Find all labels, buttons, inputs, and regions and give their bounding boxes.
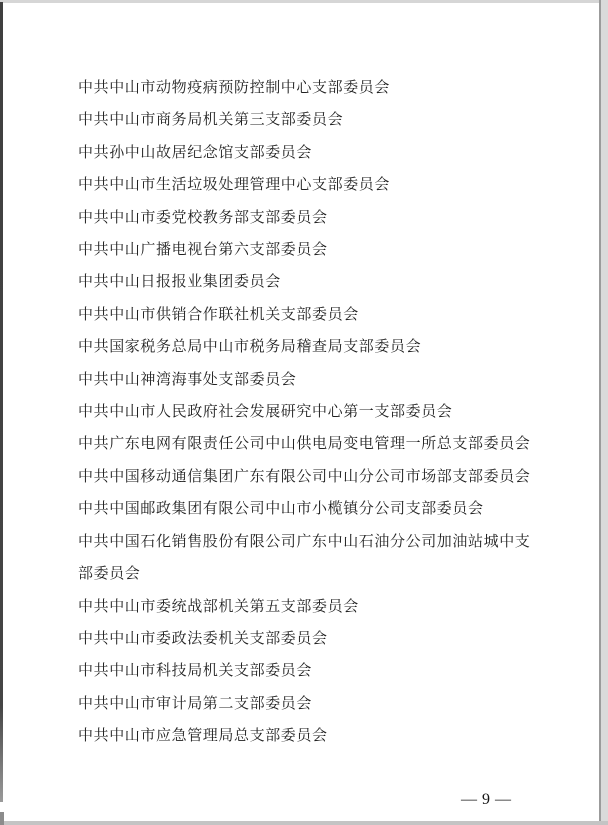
list-item: 中共中山市委统战部机关第五支部委员会	[78, 591, 532, 623]
list-item: 中共中国邮政集团有限公司中山市小榄镇分公司支部委员会	[78, 493, 532, 525]
page-number: — 9 —	[461, 790, 512, 810]
list-item: 中共中山广播电视台第六支部委员会	[78, 234, 532, 266]
page-edge-line	[599, 0, 601, 825]
list-item: 中共中山市科技局机关支部委员会	[78, 655, 532, 687]
document-page: 中共中山市动物疫病预防控制中心支部委员会 中共中山市商务局机关第三支部委员会 中…	[0, 0, 608, 825]
list-item: 中共中国移动通信集团广东有限公司中山分公司市场部支部委员会	[78, 461, 532, 493]
scan-edge-corner	[0, 812, 4, 825]
list-item: 中共中山市审计局第二支部委员会	[78, 688, 532, 720]
list-item: 中共国家税务总局中山市税务局稽查局支部委员会	[78, 331, 532, 363]
list-item: 中共中山市生活垃圾处理管理中心支部委员会	[78, 169, 532, 201]
list-item: 中共中山市委党校教务部支部委员会	[78, 202, 532, 234]
scan-edge-left	[0, 2, 3, 802]
list-item: 中共中山市委政法委机关支部委员会	[78, 623, 532, 655]
list-item: 中共孙中山故居纪念馆支部委员会	[78, 137, 532, 169]
committee-list: 中共中山市动物疫病预防控制中心支部委员会 中共中山市商务局机关第三支部委员会 中…	[78, 72, 532, 753]
list-item: 中共中山市供销合作联社机关支部委员会	[78, 299, 532, 331]
scan-edge-bottom	[0, 821, 608, 825]
scan-edge-right	[601, 0, 608, 825]
list-item: 中共中山市动物疫病预防控制中心支部委员会	[78, 72, 532, 104]
list-item: 中共广东电网有限责任公司中山供电局变电管理一所总支部委员会	[78, 428, 532, 460]
list-item: 中共中山神湾海事处支部委员会	[78, 364, 532, 396]
list-item: 中共中山市应急管理局总支部委员会	[78, 720, 532, 752]
list-item: 中共中国石化销售股份有限公司广东中山石油分公司加油站城中支部委员会	[78, 526, 532, 591]
list-item: 中共中山市商务局机关第三支部委员会	[78, 104, 532, 136]
list-item: 中共中山日报报业集团委员会	[78, 266, 532, 298]
list-item: 中共中山市人民政府社会发展研究中心第一支部委员会	[78, 396, 532, 428]
scan-edge-top	[0, 0, 608, 3]
